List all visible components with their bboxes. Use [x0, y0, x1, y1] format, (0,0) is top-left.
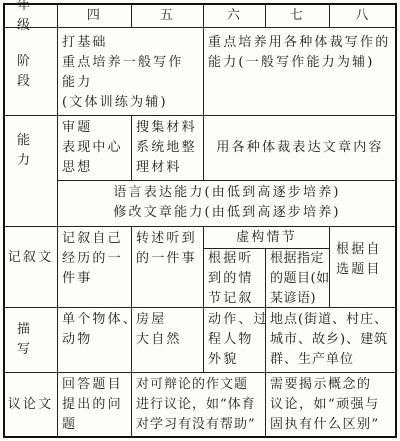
argument-line: 需要揭示概念的: [270, 375, 392, 395]
argument-line: 固执有什么区别”: [270, 415, 392, 435]
stage-grade-4-5: 打基础 重点培养一般写作 能力 (文体训练为辅): [57, 27, 204, 116]
narrative-line: 经历的一: [62, 249, 127, 269]
header-grade-8: 八: [329, 3, 397, 28]
grade-4-text: 四: [87, 6, 102, 26]
description-line: 动物: [62, 330, 127, 350]
argument-line: 进行议论，如“体育: [136, 395, 261, 415]
narrative-line: 根据听: [208, 249, 261, 269]
argument-grade-4: 回答题目 提出的问 题: [57, 372, 132, 438]
argument-line: 题: [62, 415, 127, 435]
narrative-grade-6: 根据听 到的情 节记叙: [203, 248, 266, 308]
header-grade-7: 七: [265, 3, 330, 28]
stage-grade-6-8: 重点培养用各种体裁写作的 能力(一般写作能力为辅): [203, 27, 397, 116]
ability-line: 搜集材料: [136, 118, 199, 138]
narrative-grade-4: 记叙自己 经历的一 件事: [57, 226, 132, 308]
ability-line: 系统地整: [136, 138, 199, 158]
description-line: 城市、故乡)、建筑: [270, 330, 392, 350]
narrative-line: 根据自: [336, 235, 392, 260]
argument-grade-7-8: 需要揭示概念的 议论，如“顽强与 固执有什么区别”: [265, 372, 397, 438]
stage-line: 能力(一般写作能力为辅): [208, 53, 392, 73]
narrative-line: 到的情: [208, 269, 261, 289]
ability-grade-5: 搜集材料 系统地整 理材料: [131, 115, 204, 181]
row-label-stage: 阶 段: [3, 27, 58, 116]
narrative-line: 选题目: [336, 260, 392, 280]
stage-line: 重点培养一般写作: [62, 53, 199, 73]
argument-line: 对学习有没有帮助”: [136, 415, 261, 435]
header-grade-4: 四: [57, 3, 132, 28]
argument-label-text: 议论文: [8, 395, 54, 415]
row-label-argument: 议论文: [3, 372, 58, 438]
ability-shared-line: 修改文章能力(由低到高逐步培养): [58, 203, 396, 223]
header-grade-6: 六: [203, 3, 266, 28]
description-grade-4: 单个物体、 动物: [57, 307, 132, 373]
narrative-fiction-header: 虚构情节: [203, 226, 330, 249]
grade-8-text: 八: [355, 6, 370, 26]
ability-shared-line: 语言表达能力(由低到高逐步培养): [58, 183, 396, 203]
ability-line: 表现中心: [62, 138, 127, 158]
description-line: 房屋: [136, 310, 199, 330]
description-line: 群、生产单位: [270, 350, 392, 370]
description-grade-7-8: 地点(街道、村庄、 城市、故乡)、建筑 群、生产单位: [265, 307, 397, 373]
grade-7-text: 七: [290, 6, 305, 26]
ability-shared: 语言表达能力(由低到高逐步培养) 修改文章能力(由低到高逐步培养): [57, 180, 397, 227]
argument-line: 提出的问: [62, 395, 127, 415]
row-label-description: 描 写: [3, 307, 58, 373]
ability-line: 思想: [62, 158, 127, 178]
fiction-header-text: 虚构情节: [236, 228, 297, 248]
description-line: 程人物: [208, 330, 261, 350]
narrative-line: 转述听到: [136, 229, 199, 249]
narrative-line: 节记叙: [208, 289, 261, 309]
narrative-grade-5: 转述听到 的一件事: [131, 226, 204, 308]
narrative-line: 某谚语): [270, 289, 325, 309]
grade-5-text: 五: [160, 6, 175, 26]
argument-line: 对可辩论的作文题: [136, 375, 261, 395]
description-line: 动作、过: [208, 310, 261, 330]
description-line: 大自然: [136, 330, 199, 350]
argument-line: 回答题目: [62, 375, 127, 395]
narrative-line: 的题目(如: [270, 269, 325, 289]
argument-line: 议论，如“顽强与: [270, 395, 392, 415]
narrative-line: 根据指定: [270, 249, 325, 269]
ability-label-text: 能 力: [4, 131, 57, 171]
stage-line: (文体训练为辅): [62, 93, 199, 113]
description-label-text: 描 写: [4, 320, 57, 360]
row-label-narrative: 记叙文: [3, 226, 58, 308]
ability-grade-4: 审题 表现中心 思想: [57, 115, 132, 181]
row-label-ability: 能 力: [3, 115, 58, 227]
description-line: 单个物体、: [62, 310, 127, 330]
header-grade-5: 五: [131, 3, 204, 28]
stage-line: 能力: [62, 73, 199, 93]
narrative-line: 记叙自己: [62, 229, 127, 249]
ability-grade-6-8: 用各种体裁表达文章内容: [203, 115, 397, 181]
grade-6-text: 六: [227, 6, 242, 26]
stage-label-text: 阶 段: [4, 52, 57, 92]
stage-line: 打基础: [62, 33, 199, 53]
description-line: 外貌: [208, 350, 261, 370]
description-grade-6: 动作、过 程人物 外貌: [203, 307, 266, 373]
ability-line: 审题: [62, 118, 127, 138]
writing-curriculum-table: 年 级 四 五 六 七 八 阶 段 打基础 重点培养一般写作 能力 (文体训练为…: [0, 0, 400, 441]
description-line: 地点(街道、村庄、: [270, 310, 392, 330]
narrative-label-text: 记叙文: [8, 248, 54, 268]
stage-line: 重点培养用各种体裁写作的: [208, 33, 392, 53]
narrative-line: 的一件事: [136, 249, 199, 269]
header-grade-label: 年 级: [3, 3, 58, 28]
ability-line: 理材料: [136, 158, 199, 178]
description-grade-5: 房屋 大自然: [131, 307, 204, 373]
narrative-grade-7: 根据指定 的题目(如 某谚语): [265, 248, 330, 308]
argument-grade-5-6: 对可辩论的作文题 进行议论，如“体育 对学习有没有帮助”: [131, 372, 266, 438]
ability-genre-text: 用各种体裁表达文章内容: [216, 138, 383, 158]
narrative-grade-8: 根据自 选题目: [329, 226, 397, 308]
narrative-line: 件事: [62, 269, 127, 289]
